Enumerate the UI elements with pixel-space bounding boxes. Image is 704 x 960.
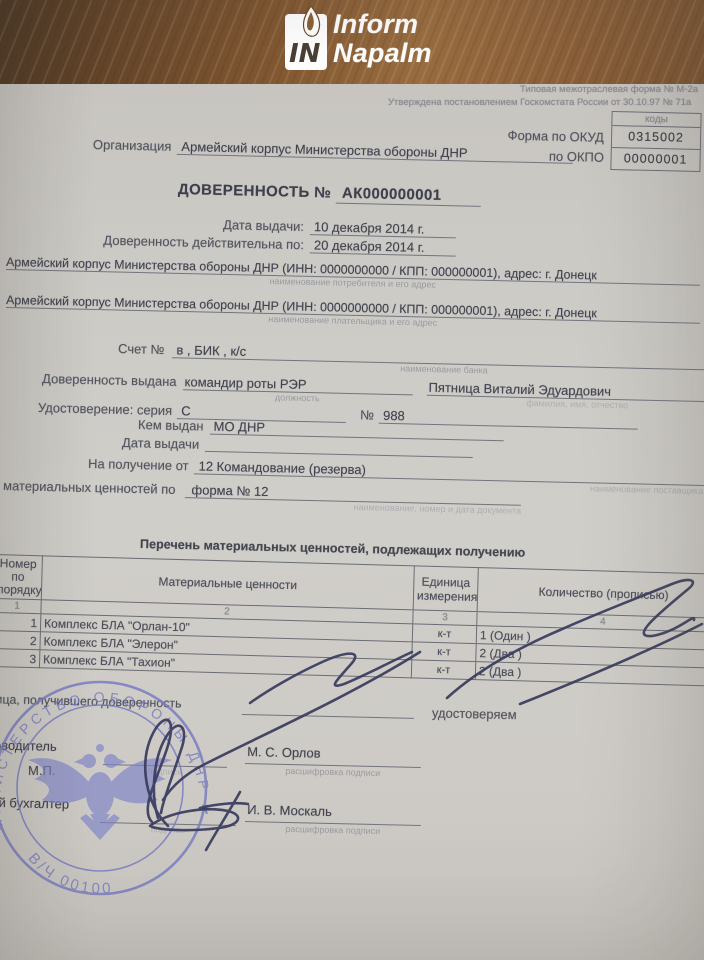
- eagle-icon: [28, 744, 172, 840]
- certify-line: удостоверяем: [242, 701, 517, 722]
- issue-date-value: 10 декабря 2014 г.: [310, 219, 456, 238]
- issued-to-label: Доверенность выдана: [42, 371, 177, 389]
- consumer-line: Армейский корпус Министерства обороны ДН…: [6, 255, 700, 296]
- row2-num: 2: [0, 630, 40, 649]
- certify-label: удостоверяем: [432, 705, 517, 722]
- goods-list-title: Перечень материальных ценностей, подлежа…: [140, 537, 526, 560]
- document-number: АК000000001: [336, 185, 482, 207]
- codes-box: коды 0315002 00000001: [610, 111, 701, 172]
- payer-line: Армейский корпус Министерства обороны ДН…: [6, 293, 700, 334]
- col-header-num: Номер по порядку: [0, 555, 42, 600]
- okpo-code-value: 00000001: [611, 147, 699, 171]
- svg-text:IN: IN: [289, 39, 321, 69]
- receive-from-label: На получение от: [88, 456, 189, 473]
- id-doc-num-label: №: [360, 407, 374, 422]
- row3-unit: к-т: [411, 660, 475, 680]
- informnapalm-logo: IN Inform Napalm: [283, 6, 453, 78]
- col-header-unit: Единица измерения: [413, 566, 478, 612]
- row1-num: 1: [0, 612, 41, 631]
- col-num-1: 1: [0, 598, 41, 613]
- head-name-block: М. С. Орлов расшифровка подписи: [245, 744, 422, 779]
- organization-label: Организация: [93, 137, 172, 154]
- form-approval-reference: Утверждена постановлением Госкомстата Ро…: [388, 97, 691, 108]
- stamp-seal-icon: МИНИСТЕРСТВО ОБОРОНЫ ДНР ✱ В/Ч 00100: [0, 658, 242, 928]
- materials-label: материальных ценностей по: [3, 478, 176, 497]
- okud-label: Форма по ОКУД: [478, 127, 604, 145]
- round-stamp: МИНИСТЕРСТВО ОБОРОНЫ ДНР ✱ В/Ч 00100: [0, 658, 242, 928]
- okud-code-value: 0315002: [612, 126, 700, 149]
- certify-underline: [242, 701, 414, 719]
- valid-until-value: 20 декабря 2014 г.: [310, 237, 456, 256]
- col-header-qty: Количество (прописью): [477, 568, 704, 619]
- document-title: ДОВЕРЕННОСТЬ № АК000000001: [178, 181, 482, 205]
- row1-unit: к-т: [412, 624, 476, 644]
- accountant-name-block: И. В. Москаль расшифровка подписи: [245, 802, 422, 837]
- informnapalm-logo-text: Inform Napalm: [333, 10, 432, 68]
- logo-line2: Napalm: [333, 39, 432, 68]
- account-label: Счет №: [118, 341, 165, 357]
- issued-by-label: Кем выдан: [138, 417, 204, 433]
- id-issue-date-value: [205, 437, 473, 458]
- stamp-bottom-text: В/Ч 00100: [25, 850, 115, 898]
- id-doc-label: Удостоверение: серия: [38, 400, 173, 418]
- id-issue-date-label: Дата выдачи: [122, 435, 200, 452]
- document-title-prefix: ДОВЕРЕННОСТЬ №: [178, 181, 332, 201]
- valid-until-label: Доверенность действительна по:: [30, 231, 304, 252]
- row2-unit: к-т: [412, 642, 476, 662]
- issue-date-label: Дата выдачи:: [130, 215, 304, 234]
- svg-text:В/Ч 00100: В/Ч 00100: [25, 850, 115, 898]
- form-type-reference: Типовая межотраслевая форма № М-2а: [520, 84, 698, 95]
- logo-line1: Inform: [333, 10, 432, 39]
